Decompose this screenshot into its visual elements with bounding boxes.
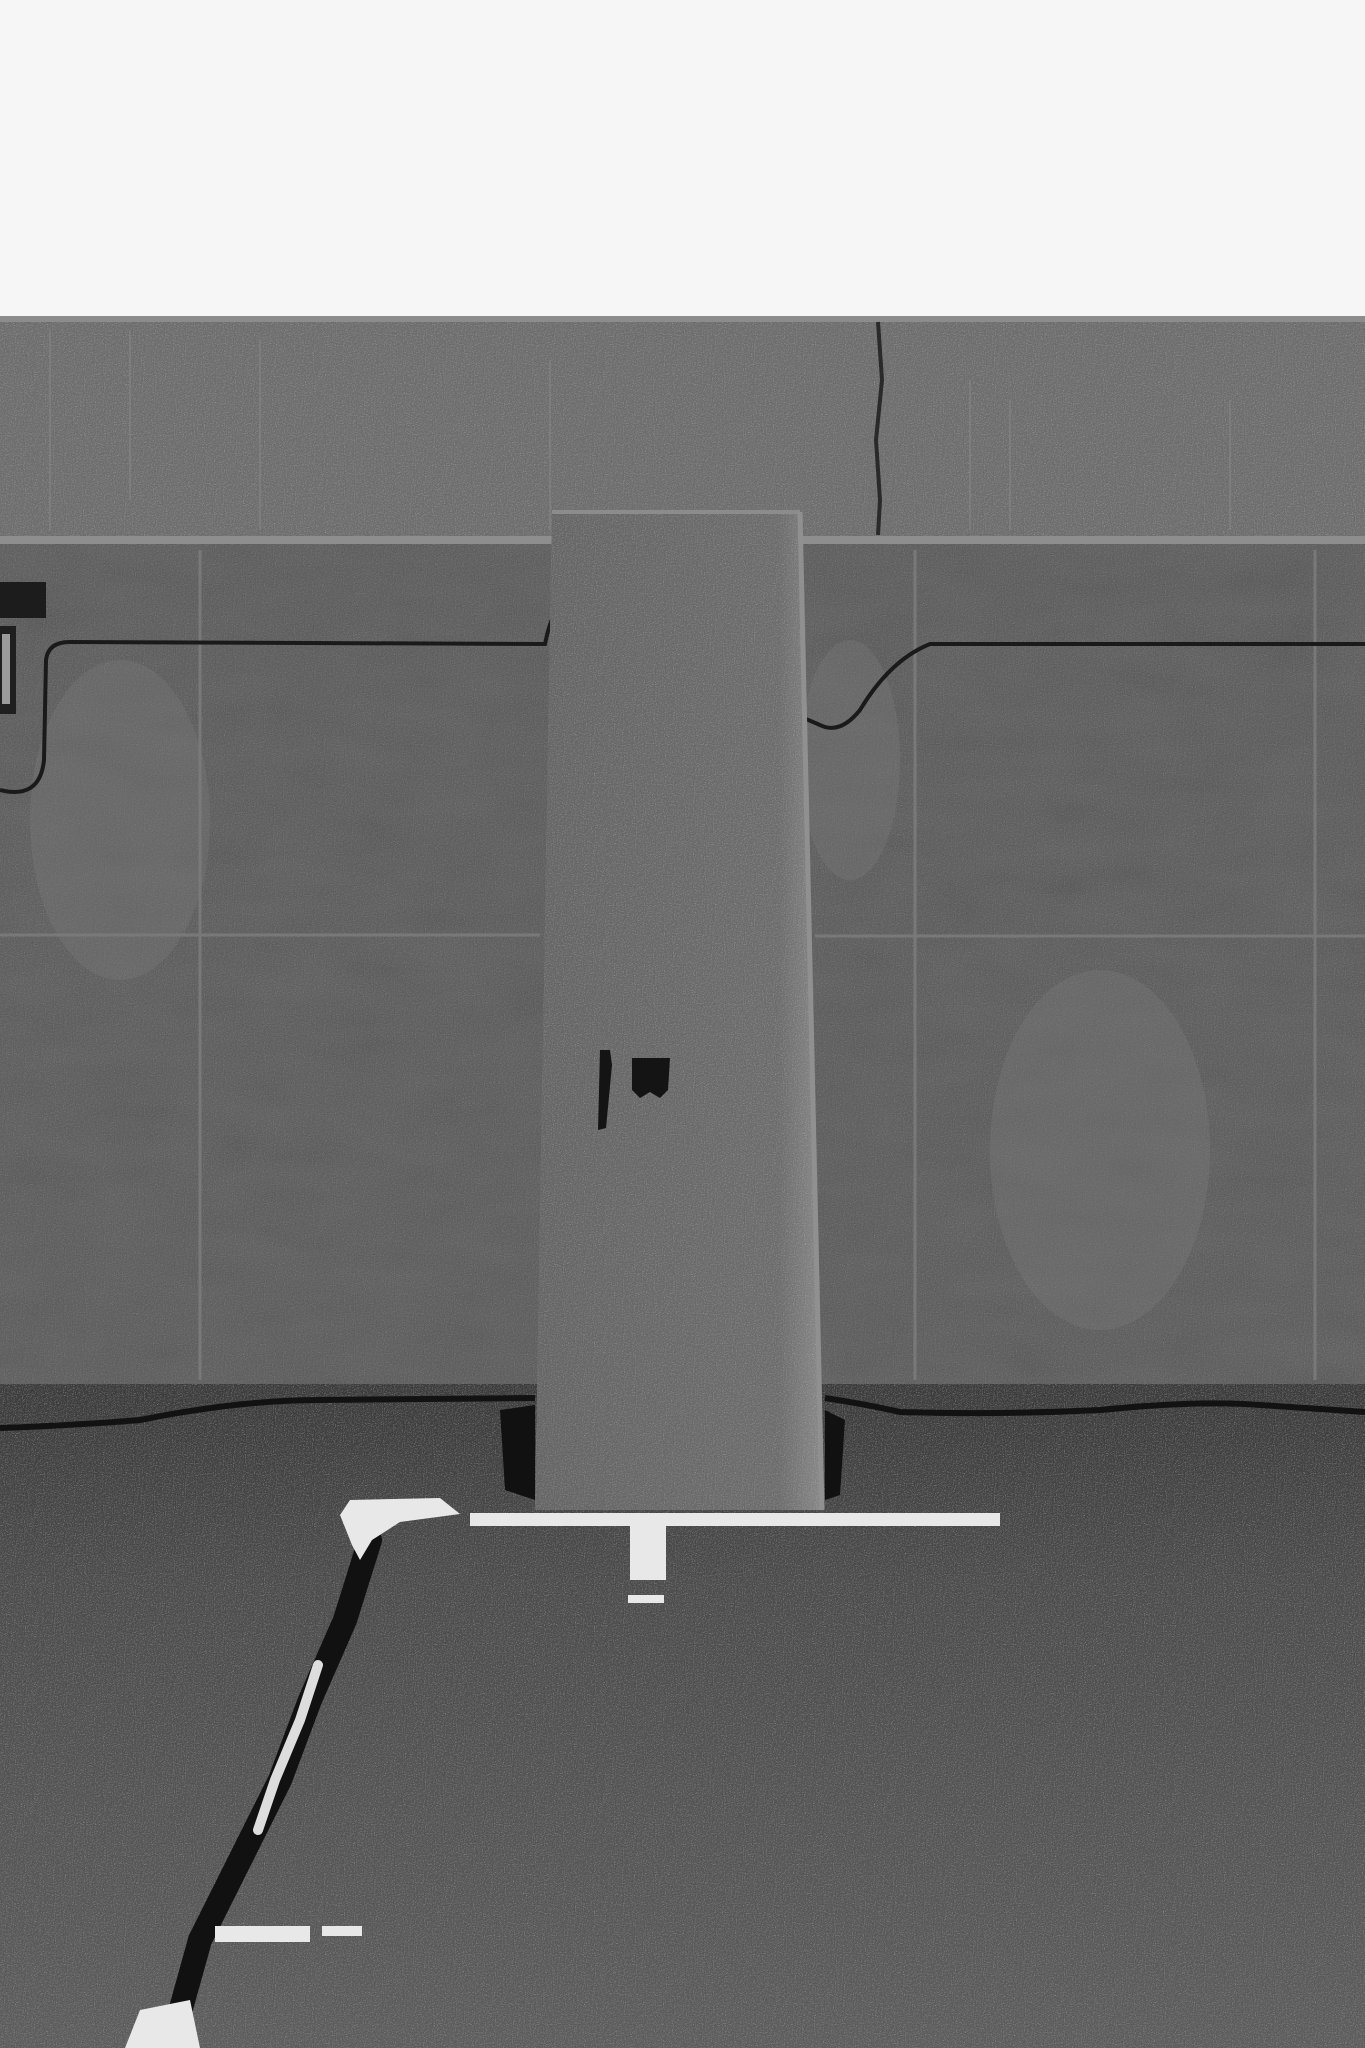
photo-scene: Concrete wall with central pillar Black-… — [0, 0, 1365, 2048]
photo-canvas — [0, 0, 1365, 2048]
pillar — [535, 512, 822, 1510]
upper-wall — [0, 316, 1365, 538]
sky — [0, 0, 1365, 318]
